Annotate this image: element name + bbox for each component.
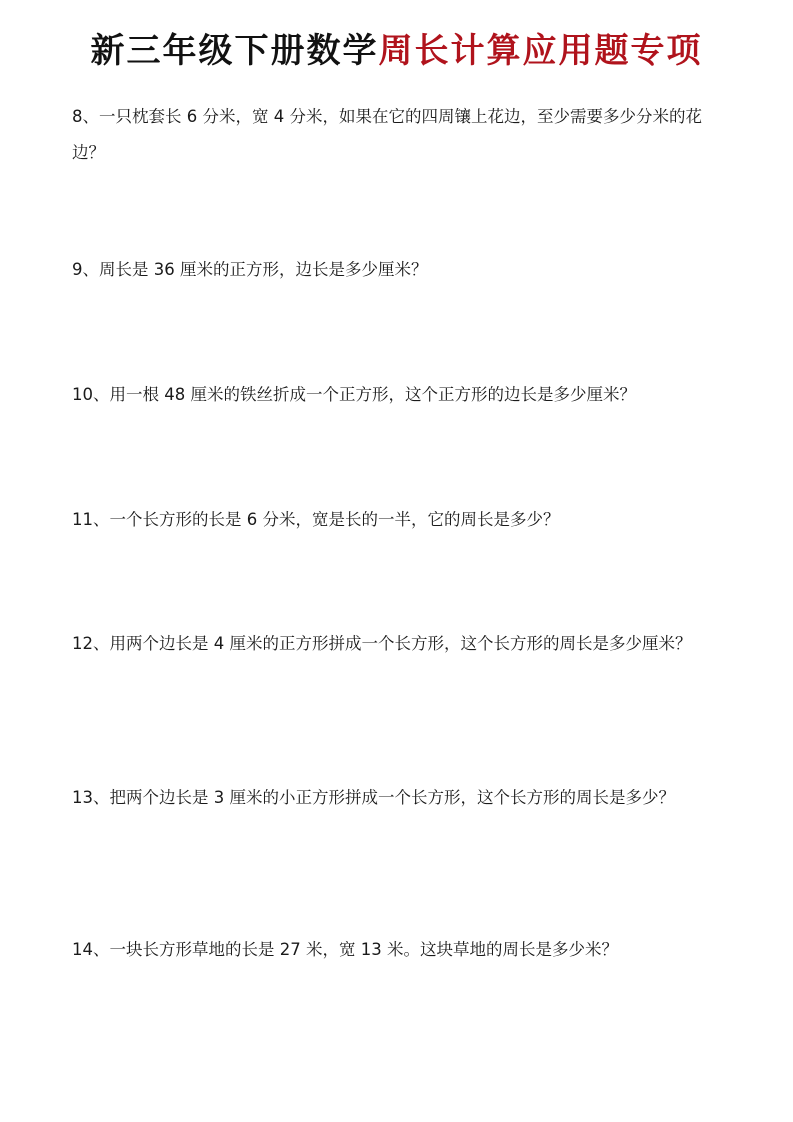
question-11: 11、一个长方形的长是 6 分米，宽是长的一半，它的周长是多少？ [72, 502, 732, 538]
question-12: 12、用两个边长是 4 厘米的正方形拼成一个长方形，这个长方形的周长是多少厘米？ [72, 626, 732, 662]
question-8: 8、一只枕套长 6 分米，宽 4 分米，如果在它的四周镶上花边，至少需要多少分米… [72, 99, 732, 171]
question-10: 10、用一根 48 厘米的铁丝折成一个正方形，这个正方形的边长是多少厘米？ [72, 377, 732, 413]
question-13: 13、把两个边长是 3 厘米的小正方形拼成一个长方形，这个长方形的周长是多少？ [72, 780, 732, 816]
title-part-topic: 周长计算应用题专项 [379, 31, 703, 71]
question-14: 14、一块长方形草地的长是 27 米，宽 13 米。这块草地的周长是多少米？ [72, 932, 732, 968]
question-9: 9、周长是 36 厘米的正方形，边长是多少厘米？ [72, 252, 732, 288]
page-title: 新三年级下册数学周长计算应用题专项 [0, 28, 793, 74]
title-part-grade: 新三年级下册数学 [91, 31, 379, 71]
